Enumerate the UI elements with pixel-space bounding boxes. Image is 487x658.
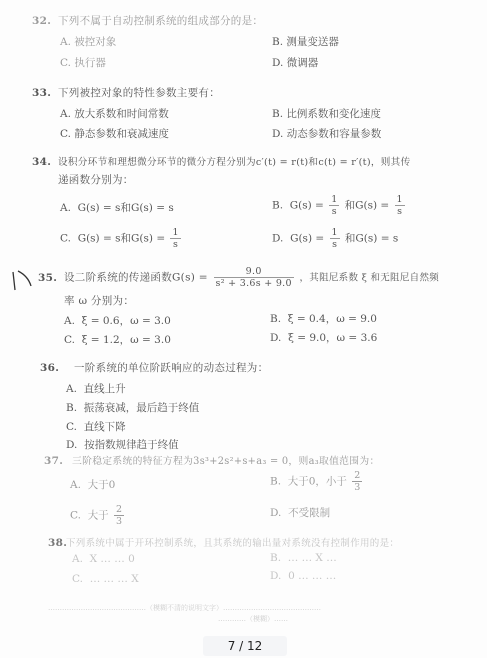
option-c: C. 直线下降: [66, 419, 126, 434]
question-35-line2: 率 ω 分别为：: [64, 293, 134, 308]
fraction: 1s: [170, 227, 180, 250]
option-c: C. 静态参数和衰减速度: [60, 126, 169, 141]
option-d: D. 动态参数和容量参数: [272, 126, 381, 141]
fraction: 1s: [329, 194, 339, 217]
option-b: B. G(s) = 1s 和G(s) = 1s: [272, 194, 407, 217]
question-number: 32.: [32, 15, 58, 27]
page-indicator: 7 / 12: [203, 636, 287, 656]
option-b: B. 大于0，小于 23: [270, 470, 364, 493]
option-d: D. ξ = 9.0，ω = 3.6: [270, 330, 377, 345]
question-34-line2: 递函数分别为：: [58, 172, 134, 187]
option-d: D. 不受限制: [270, 505, 330, 520]
option-d: D. 微调器: [272, 55, 318, 70]
transfer-function-fraction: 9.0s² + 3.6s + 9.0: [214, 266, 294, 289]
option-b: B. 测量变送器: [272, 34, 339, 49]
fraction: 1s: [395, 194, 405, 217]
option-b: B. 振荡衰减，最后趋于终值: [66, 400, 199, 415]
option-c: C. G(s) = s和G(s) = 1s: [60, 227, 183, 250]
option-c: C. … … … X: [72, 573, 139, 585]
question-stem: 一阶系统的单位阶跃响应的动态过程为：: [74, 362, 268, 374]
option-d: D. G(s) = 1s 和G(s) = s: [272, 227, 398, 250]
option-d: D. 按指数规律趋于终值: [66, 437, 179, 452]
footer-note-line2: …………（模糊）……: [218, 614, 288, 624]
fraction: 23: [352, 470, 362, 493]
option-b: B. ξ = 0.4，ω = 9.0: [270, 311, 377, 326]
question-number: 36.: [40, 362, 74, 374]
option-a: A. G(s) = s和G(s) = s: [60, 200, 174, 215]
option-a: A. 放大系数和时间常数: [60, 106, 169, 121]
option-b: B. … … X …: [270, 552, 337, 564]
question-number: 34.: [32, 156, 58, 168]
fraction: 23: [114, 504, 124, 527]
question-37: 37.三阶稳定系统的特征方程为3s³+2s²+s+a₃ = 0，则a₃取值范围为…: [44, 453, 380, 467]
question-stem: 下列不属于自动控制系统的组成部分的是：: [58, 15, 263, 27]
question-36: 36.一阶系统的单位阶跃响应的动态过程为：: [40, 360, 268, 375]
question-number: 37.: [44, 455, 72, 467]
option-a: A. X … … 0: [72, 553, 135, 565]
option-a: A. ξ = 0.6，ω = 3.0: [64, 313, 171, 328]
option-c: C. ξ = 1.2，ω = 3.0: [64, 332, 171, 347]
question-33: 33.下列被控对象的特性参数主要有：: [32, 85, 220, 100]
fraction: 1s: [330, 227, 340, 250]
question-stem-line1: 设积分环节和理想微分环节的微分方程分别为c′(t) = r(t)和c(t) = …: [58, 157, 410, 168]
option-a: A. 直线上升: [66, 381, 126, 396]
option-a: A. 大于0: [70, 477, 115, 492]
question-stem: 下列被控对象的特性参数主要有：: [58, 87, 220, 99]
question-32: 32.下列不属于自动控制系统的组成部分的是：: [32, 13, 263, 28]
question-number: 38.: [48, 537, 66, 549]
question-stem: 下列系统中属于开环控制系统，且其系统的输出量对系统没有控制作用的是：: [66, 538, 399, 549]
option-d: D. 0 … … …: [270, 570, 336, 582]
option-c: C. 大于 23: [70, 504, 126, 527]
question-38: 38.下列系统中属于开环控制系统，且其系统的输出量对系统没有控制作用的是：: [48, 535, 399, 549]
question-34: 34.设积分环节和理想微分环节的微分方程分别为c′(t) = r(t)和c(t)…: [32, 154, 410, 168]
footer-note-line1: ……………………………………（模糊不清的说明文字）……………………………………: [48, 603, 321, 613]
handwritten-check-mark: [6, 268, 32, 294]
question-number: 35.: [38, 272, 64, 284]
question-stem: 设二阶系统的传递函数G(s) =: [64, 272, 208, 284]
option-b: B. 比例系数和变化速度: [272, 106, 381, 121]
option-a: A. 被控对象: [60, 34, 116, 49]
question-number: 33.: [32, 87, 58, 99]
option-c: C. 执行器: [60, 55, 106, 70]
question-stem: 三阶稳定系统的特征方程为3s³+2s²+s+a₃ = 0，则a₃取值范围为：: [72, 456, 380, 467]
document-page: 32.下列不属于自动控制系统的组成部分的是： A. 被控对象 B. 测量变送器 …: [0, 0, 487, 658]
question-35: 35.设二阶系统的传递函数G(s) = 9.0s² + 3.6s + 9.0 ，…: [38, 266, 439, 289]
